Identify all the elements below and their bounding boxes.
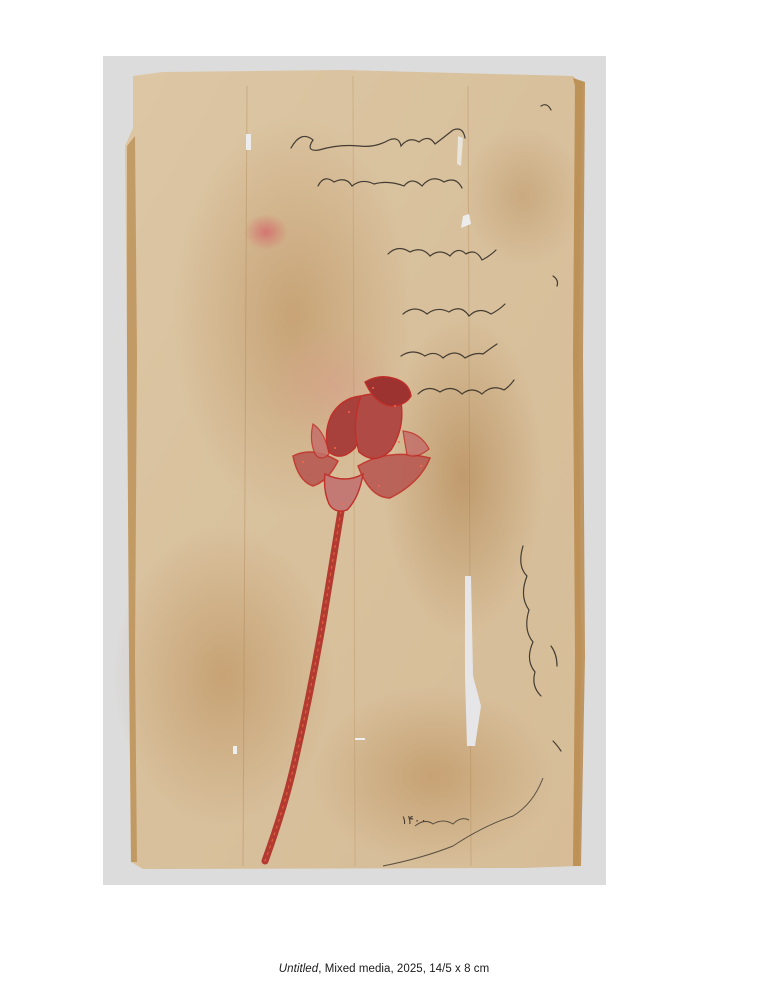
artwork-photo: ۱۴۰۰	[103, 56, 606, 885]
artwork-title: Untitled	[279, 963, 318, 975]
artwork-caption: Untitled, Mixed media, 2025, 14/5 x 8 cm	[0, 963, 768, 975]
artwork-image: ۱۴۰۰	[103, 56, 606, 885]
artwork-details: Mixed media, 2025, 14/5 x 8 cm	[321, 963, 489, 975]
handwritten-date: ۱۴۰۰	[401, 813, 427, 827]
